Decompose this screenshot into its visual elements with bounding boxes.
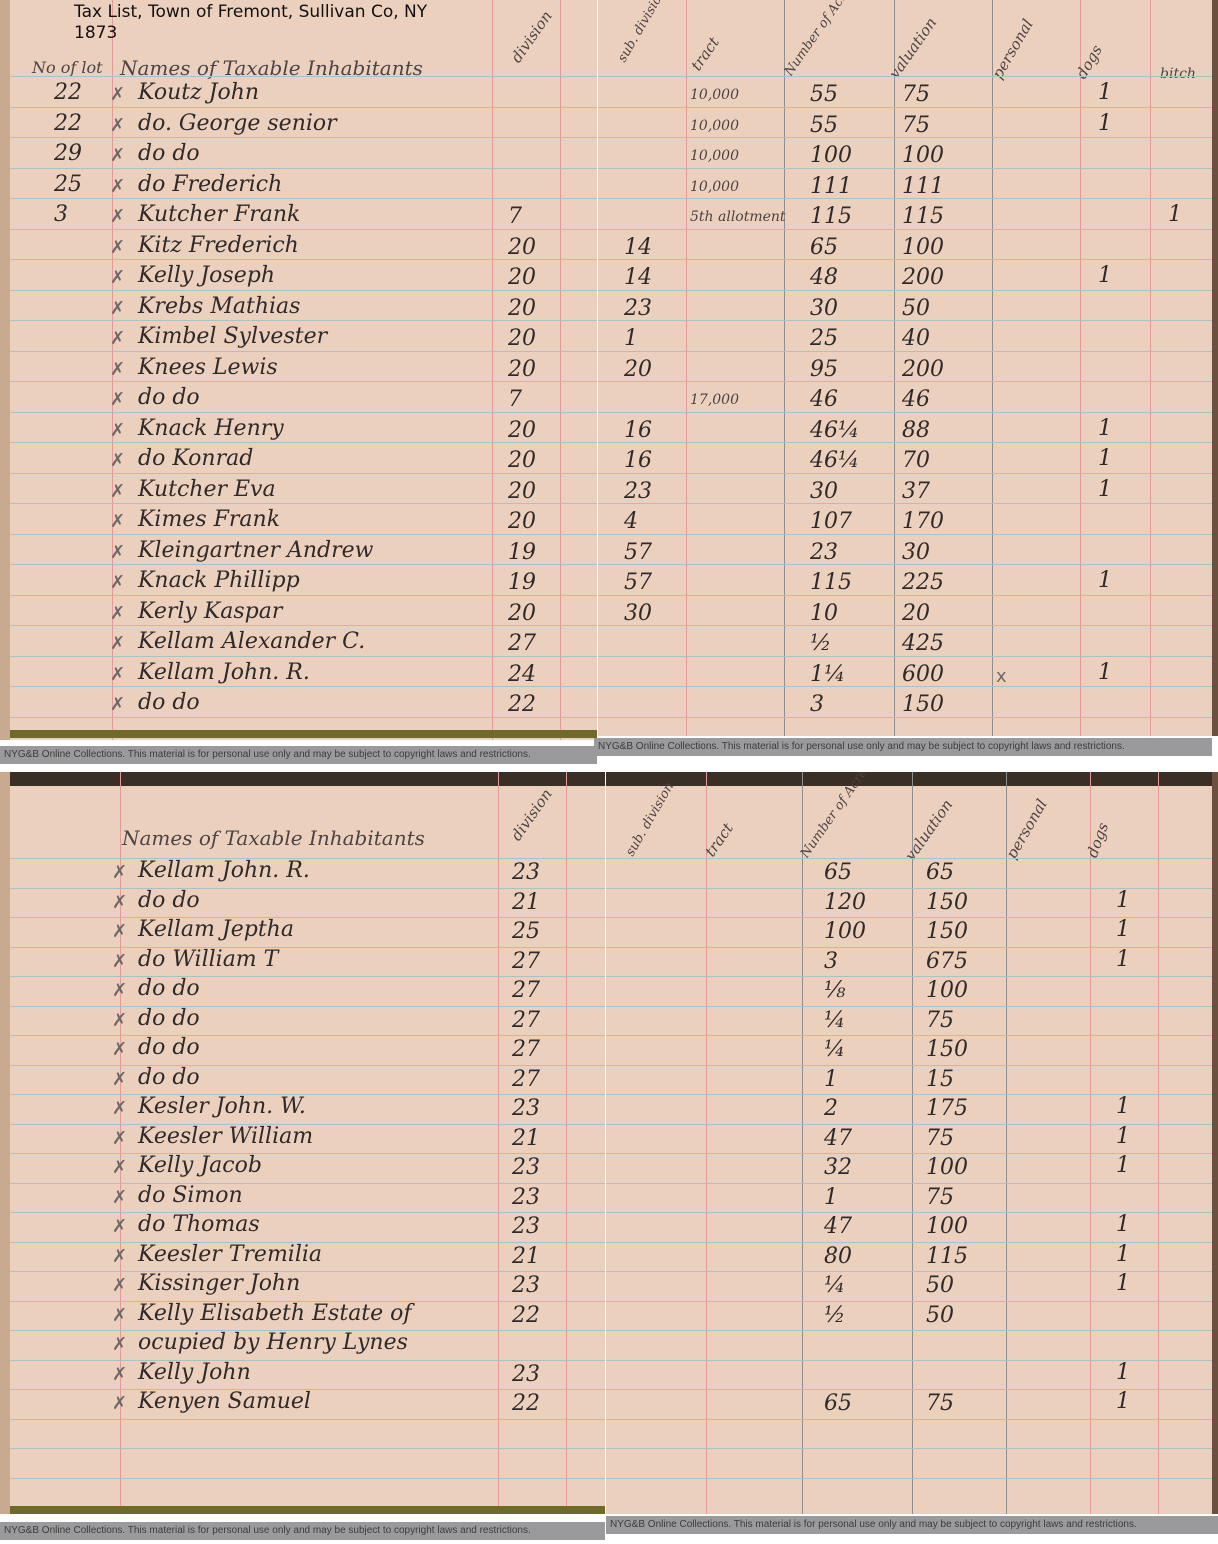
check-mark-icon: ✗ [110, 420, 125, 441]
header-acres: Number of Acres [782, 0, 859, 79]
dogs-value: 1 [1116, 1244, 1130, 1266]
inhabitant-name: Kleingartner Andrew [138, 540, 373, 562]
tract-value: 17,000 [690, 393, 739, 407]
acres-value: 65 [824, 1393, 852, 1415]
acres-value: 1 [824, 1069, 838, 1091]
subdivision-value: 30 [624, 603, 652, 625]
table-row: ✗Kesler John. W.23 [10, 1094, 605, 1123]
valuation-value: 100 [902, 145, 944, 167]
inhabitant-name: do Thomas [138, 1214, 260, 1236]
table-row: 47751 [606, 1124, 1212, 1153]
table-row: 36751 [606, 947, 1212, 976]
acres-value: 55 [810, 84, 838, 106]
check-mark-icon: ✗ [110, 115, 125, 136]
division-value: 7 [508, 389, 522, 411]
inhabitant-name: do do [138, 890, 200, 912]
dogs-value: 1 [1098, 418, 1112, 440]
acres-value: 47 [824, 1128, 852, 1150]
table-row: 10,00055751 [598, 111, 1212, 141]
table-row: 115 [606, 1065, 1212, 1094]
check-mark-icon: ✗ [110, 450, 125, 471]
table-row: ✗Kellam John. R.24 [10, 660, 597, 690]
inhabitant-name: Knack Henry [138, 418, 284, 440]
acres-value: 3 [810, 694, 824, 716]
acres-value: 1¼ [810, 664, 845, 686]
table-row: ✗Kelly Jacob23 [10, 1153, 605, 1182]
table-row: ✗do Konrad20 [10, 446, 597, 476]
header-dogs: dogs [1083, 820, 1112, 860]
table-row: ✗do Thomas23 [10, 1212, 605, 1241]
acres-value: 46¼ [810, 420, 859, 442]
acres-value: 30 [810, 298, 838, 320]
dogs-value: 1 [1098, 82, 1112, 104]
inhabitant-name: Kesler John. W. [138, 1096, 306, 1118]
acres-value: ¼ [824, 1039, 845, 1061]
valuation-value: 46 [902, 389, 930, 411]
check-mark-icon: ✗ [112, 1364, 127, 1385]
inhabitant-name: do do [138, 692, 200, 714]
table-row: 801151 [606, 1242, 1212, 1271]
inhabitant-name: Keesler Tremilia [138, 1244, 322, 1266]
header-division: division [507, 785, 556, 844]
check-mark-icon: ✗ [110, 694, 125, 715]
valuation-value: 75 [926, 1187, 954, 1209]
valuation-value: 50 [926, 1305, 954, 1327]
acres-value: 65 [810, 237, 838, 259]
table-row: 1646¼881 [598, 416, 1212, 446]
dogs-value: 1 [1116, 1391, 1130, 1413]
check-mark-icon: ✗ [112, 921, 127, 942]
acres-value: 111 [810, 176, 852, 198]
inhabitant-name: do do [138, 387, 200, 409]
dogs-value: 1 [1116, 919, 1130, 941]
acres-value: 47 [824, 1216, 852, 1238]
table-row: ✗Keesler Tremilia21 [10, 1242, 605, 1271]
bitch-value: 1 [1168, 204, 1182, 226]
title-line-1: Tax List, Town of Fremont, Sullivan Co, … [74, 2, 427, 23]
valuation-value: 200 [902, 359, 944, 381]
dogs-value: 1 [1098, 570, 1112, 592]
acres-value: ½ [824, 1305, 845, 1327]
division-value: 23 [512, 1157, 540, 1179]
valuation-value: 75 [902, 115, 930, 137]
table-row: 10,000100100 [598, 141, 1212, 171]
check-mark-icon: ✗ [110, 84, 125, 105]
inhabitant-name: Kutcher Frank [138, 204, 300, 226]
inhabitant-name: Kenyen Samuel [138, 1391, 311, 1413]
inhabitant-name: Kerly Kaspar [138, 601, 282, 623]
dogs-value: 1 [1116, 1214, 1130, 1236]
check-mark-icon: ✗ [110, 359, 125, 380]
subdivision-value: 16 [624, 450, 652, 472]
page-bottom-left: Names of Taxable Inhabitants division ✗K… [0, 772, 605, 1514]
inhabitant-name: Kutcher Eva [138, 479, 276, 501]
tract-value: 5th allotment [690, 210, 786, 224]
acres-value: 2 [824, 1098, 838, 1120]
division-value: 19 [508, 542, 536, 564]
table-row: 233050 [598, 294, 1212, 324]
acres-value: 80 [824, 1246, 852, 1268]
tract-value: 10,000 [690, 119, 739, 133]
dogs-value: 1 [1116, 1362, 1130, 1384]
acres-value: 115 [810, 572, 852, 594]
acres-value: 120 [824, 892, 866, 914]
table-row: 2330371 [598, 477, 1212, 507]
acres-value: 30 [810, 481, 838, 503]
check-mark-icon: ✗ [110, 237, 125, 258]
division-value: 19 [508, 572, 536, 594]
division-value: 21 [512, 1128, 540, 1150]
check-mark-icon: ✗ [110, 267, 125, 288]
table-row: ✗do do27 [10, 1006, 605, 1035]
table-row: ✗Kellam John. R.23 [10, 858, 605, 887]
table-row: ✗Kellam Alexander C.27 [10, 629, 597, 659]
valuation-value: 150 [926, 921, 968, 943]
check-mark-icon: ✗ [110, 481, 125, 502]
acres-value: 25 [810, 328, 838, 350]
dogs-value: 1 [1116, 1096, 1130, 1118]
inhabitant-name: do Konrad [138, 448, 253, 470]
division-value: 20 [508, 328, 536, 350]
title-line-2: 1873 [74, 23, 427, 44]
table-row: ✗Kitz Frederich20 [10, 233, 597, 263]
table-row: ✗Kelly Elisabeth Estate of22 [10, 1301, 605, 1330]
acres-value: 100 [824, 921, 866, 943]
valuation-value: 150 [926, 892, 968, 914]
lot-number: 3 [54, 204, 68, 226]
acres-value: ½ [810, 633, 831, 655]
division-value: 27 [512, 980, 540, 1002]
watermark-bottom-left: NYG&B Online Collections. This material … [0, 1522, 605, 1540]
table-row: 471001 [606, 1212, 1212, 1241]
acres-value: 3 [824, 951, 838, 973]
valuation-value: 100 [926, 980, 968, 1002]
subdivision-value: 23 [624, 298, 652, 320]
header-division: division [507, 7, 556, 66]
subdivision-value: 14 [624, 237, 652, 259]
check-mark-icon: ✗ [110, 633, 125, 654]
inhabitant-name: Keesler William [138, 1126, 313, 1148]
table-row: ✗do Simon23 [10, 1183, 605, 1212]
inhabitant-name: Krebs Mathias [138, 296, 300, 318]
check-mark-icon: ✗ [110, 572, 125, 593]
acres-value: 46¼ [810, 450, 859, 472]
table-row: ¼150 [606, 1035, 1212, 1064]
table-row: 175 [606, 1183, 1212, 1212]
table-row: ✗Knack Henry20 [10, 416, 597, 446]
lot-number: 29 [54, 143, 82, 165]
table-row: ✗do do21 [10, 888, 605, 917]
table-row: ✗do do27 [10, 1035, 605, 1064]
valuation-value: 115 [926, 1246, 968, 1268]
table-row: ✗Kleingartner Andrew19 [10, 538, 597, 568]
personal-mark: x [996, 666, 1007, 687]
division-value: 20 [508, 511, 536, 533]
division-value: 20 [508, 267, 536, 289]
table-row: ✗do do27 [10, 1065, 605, 1094]
table-row: ✗do do22 [10, 690, 597, 720]
table-row: 29✗do do [10, 141, 597, 171]
inhabitant-name: Knees Lewis [138, 357, 278, 379]
subdivision-value: 57 [624, 542, 652, 564]
table-row: ✗Kutcher Eva20 [10, 477, 597, 507]
valuation-value: 100 [926, 1157, 968, 1179]
acres-value: 32 [824, 1157, 852, 1179]
acres-value: 65 [824, 862, 852, 884]
valuation-value: 37 [902, 481, 930, 503]
valuation-value: 425 [902, 633, 944, 655]
division-value: 20 [508, 359, 536, 381]
division-value: 20 [508, 420, 536, 442]
check-mark-icon: ✗ [112, 1275, 127, 1296]
watermark-top-left: NYG&B Online Collections. This material … [0, 746, 597, 764]
acres-value: 46 [810, 389, 838, 411]
acres-value: 107 [810, 511, 852, 533]
valuation-value: 600 [902, 664, 944, 686]
table-row: ✗Kissinger John23 [10, 1271, 605, 1300]
inhabitant-name: ocupied by Henry Lynes [138, 1332, 408, 1354]
table-row: ✗Knees Lewis20 [10, 355, 597, 385]
division-value: 23 [512, 1098, 540, 1120]
table-row: ✗do do27 [10, 976, 605, 1005]
inhabitant-name: Kellam Alexander C. [138, 631, 365, 653]
table-row: ✗do do7 [10, 385, 597, 415]
inhabitant-name: Kimes Frank [138, 509, 280, 531]
table-row: ✗Keesler William21 [10, 1124, 605, 1153]
table-row: 10,000111111 [598, 172, 1212, 202]
table-row: ¼75 [606, 1006, 1212, 1035]
check-mark-icon: ✗ [112, 1216, 127, 1237]
table-row: 1¼600x1 [598, 660, 1212, 690]
header-lot: No of lot [32, 58, 103, 77]
valuation-value: 30 [902, 542, 930, 564]
header-subdivision: sub. division [615, 0, 669, 65]
table-row: 1201501 [606, 888, 1212, 917]
valuation-value: 20 [902, 603, 930, 625]
valuation-value: 88 [902, 420, 930, 442]
valuation-value: 170 [902, 511, 944, 533]
check-mark-icon: ✗ [112, 1128, 127, 1149]
acres-value: 48 [810, 267, 838, 289]
table-row: 3✗Kutcher Frank7 [10, 202, 597, 232]
inhabitant-name: do do [138, 978, 200, 1000]
check-mark-icon: ✗ [110, 328, 125, 349]
document-title: Tax List, Town of Fremont, Sullivan Co, … [74, 2, 427, 44]
division-value: 20 [508, 237, 536, 259]
subdivision-value: 20 [624, 359, 652, 381]
inhabitant-name: do do [138, 1037, 200, 1059]
valuation-value: 15 [926, 1069, 954, 1091]
table-row: ✗Knack Phillipp19 [10, 568, 597, 598]
division-value: 20 [508, 481, 536, 503]
acres-value: ⅛ [824, 980, 845, 1002]
table-row: ✗Krebs Mathias20 [10, 294, 597, 324]
subdivision-value: 57 [624, 572, 652, 594]
acres-value: ¼ [824, 1275, 845, 1297]
check-mark-icon: ✗ [110, 176, 125, 197]
check-mark-icon: ✗ [112, 1334, 127, 1355]
acres-value: 10 [810, 603, 838, 625]
division-value: 22 [508, 694, 536, 716]
inhabitant-name: do do [138, 143, 200, 165]
dogs-value: 1 [1098, 113, 1112, 135]
check-mark-icon: ✗ [110, 603, 125, 624]
table-row: ✗Kimbel Sylvester20 [10, 324, 597, 354]
division-value: 27 [512, 1039, 540, 1061]
division-value: 23 [512, 1187, 540, 1209]
check-mark-icon: ✗ [110, 511, 125, 532]
inhabitant-name: do Simon [138, 1185, 243, 1207]
header-personal: personal [1002, 796, 1050, 862]
table-row: ✗Kerly Kaspar20 [10, 599, 597, 629]
check-mark-icon: ✗ [110, 664, 125, 685]
check-mark-icon: ✗ [112, 1010, 127, 1031]
check-mark-icon: ✗ [112, 862, 127, 883]
table-row: 6565 [606, 858, 1212, 887]
valuation-value: 100 [926, 1216, 968, 1238]
division-value: 7 [508, 206, 522, 228]
division-value: 25 [512, 921, 540, 943]
header-personal: personal [988, 16, 1036, 82]
valuation-value: 65 [926, 862, 954, 884]
check-mark-icon: ✗ [110, 389, 125, 410]
table-row: 22✗Koutz John [10, 80, 597, 110]
header-names: Names of Taxable Inhabitants [122, 826, 425, 850]
valuation-value: 225 [902, 572, 944, 594]
table-row: ¼501 [606, 1271, 1212, 1300]
valuation-value: 200 [902, 267, 944, 289]
check-mark-icon: ✗ [112, 1069, 127, 1090]
acres-value: 100 [810, 145, 852, 167]
dogs-value: 1 [1098, 265, 1112, 287]
valuation-value: 115 [902, 206, 944, 228]
subdivision-value: 14 [624, 267, 652, 289]
table-row: 4107170 [598, 507, 1212, 537]
table-row: 12540 [598, 324, 1212, 354]
check-mark-icon: ✗ [112, 1393, 127, 1414]
table-row: 5th allotment1151151 [598, 202, 1212, 232]
lot-number: 22 [54, 82, 82, 104]
tract-value: 10,000 [690, 149, 739, 163]
table-row: 3150 [598, 690, 1212, 720]
dogs-value: 1 [1116, 1273, 1130, 1295]
inhabitant-name: Kitz Frederich [138, 235, 299, 257]
inhabitant-name: Kelly Jacob [138, 1155, 262, 1177]
table-row: ✗Kenyen Samuel22 [10, 1389, 605, 1418]
table-row: 14482001 [598, 263, 1212, 293]
table-row: 1465100 [598, 233, 1212, 263]
page-top-left: No of lot Names of Taxable Inhabitants d… [0, 0, 597, 740]
page-bottom-right: sub. division tract Number of Acres valu… [606, 772, 1218, 1514]
inhabitant-name: Kelly Elisabeth Estate of [138, 1303, 412, 1325]
dogs-value: 1 [1116, 949, 1130, 971]
subdivision-value: 23 [624, 481, 652, 503]
division-value: 23 [512, 1275, 540, 1297]
valuation-value: 75 [902, 84, 930, 106]
inhabitant-name: Kellam Jeptha [138, 919, 294, 941]
valuation-value: 75 [926, 1393, 954, 1415]
division-value: 27 [512, 1069, 540, 1091]
inhabitant-name: do Frederich [138, 174, 282, 196]
check-mark-icon: ✗ [112, 1305, 127, 1326]
check-mark-icon: ✗ [112, 951, 127, 972]
table-row: 65751 [606, 1389, 1212, 1418]
valuation-value: 150 [902, 694, 944, 716]
dogs-value: 1 [1116, 890, 1130, 912]
table-row: 301020 [598, 599, 1212, 629]
header-valuation: valuation [901, 796, 956, 864]
dogs-value: 1 [1098, 662, 1112, 684]
inhabitant-name: Kissinger John [138, 1273, 300, 1295]
inhabitant-name: Kelly John [138, 1362, 251, 1384]
table-row: 10,00055751 [598, 80, 1212, 110]
inhabitant-name: do. George senior [138, 113, 337, 135]
dogs-value: 1 [1098, 448, 1112, 470]
page-top-right: sub. division tract Number of Acres valu… [598, 0, 1218, 736]
valuation-value: 111 [902, 176, 944, 198]
acres-value: 95 [810, 359, 838, 381]
table-row: 22✗do. George senior [10, 111, 597, 141]
inhabitant-name: Kimbel Sylvester [138, 326, 327, 348]
lot-number: 22 [54, 113, 82, 135]
table-row: 1646¼701 [598, 446, 1212, 476]
division-value: 27 [512, 1010, 540, 1032]
inhabitant-name: do do [138, 1067, 200, 1089]
table-row [606, 1330, 1212, 1359]
division-value: 20 [508, 603, 536, 625]
table-row: ⅛100 [606, 976, 1212, 1005]
table-row: ✗Kelly John23 [10, 1360, 605, 1389]
table-row: ✗Kellam Jeptha25 [10, 917, 605, 946]
table-row: 17,0004646 [598, 385, 1212, 415]
header-tract: tract [687, 34, 723, 74]
inhabitant-name: Kelly Joseph [138, 265, 275, 287]
division-value: 27 [512, 951, 540, 973]
tract-value: 10,000 [690, 180, 739, 194]
acres-value: 115 [810, 206, 852, 228]
acres-value: ¼ [824, 1010, 845, 1032]
check-mark-icon: ✗ [112, 1157, 127, 1178]
division-value: 23 [512, 862, 540, 884]
watermark-bottom-right: NYG&B Online Collections. This material … [606, 1516, 1218, 1534]
inhabitant-name: Kellam John. R. [138, 860, 310, 882]
valuation-value: 75 [926, 1010, 954, 1032]
dogs-value: 1 [1116, 1155, 1130, 1177]
division-value: 24 [508, 664, 536, 686]
valuation-value: 50 [926, 1275, 954, 1297]
subdivision-value: 16 [624, 420, 652, 442]
valuation-value: 100 [902, 237, 944, 259]
inhabitant-name: do William T [138, 949, 278, 971]
division-value: 22 [512, 1393, 540, 1415]
table-row: 571152251 [598, 568, 1212, 598]
division-value: 23 [512, 1364, 540, 1386]
check-mark-icon: ✗ [112, 980, 127, 1001]
valuation-value: 150 [926, 1039, 968, 1061]
dogs-value: 1 [1098, 479, 1112, 501]
table-row: 25✗do Frederich [10, 172, 597, 202]
table-row: ½50 [606, 1301, 1212, 1330]
valuation-value: 40 [902, 328, 930, 350]
valuation-value: 50 [902, 298, 930, 320]
division-value: 21 [512, 892, 540, 914]
table-row: 321001 [606, 1153, 1212, 1182]
watermark-top-right: NYG&B Online Collections. This material … [594, 738, 1212, 756]
table-row: ✗do William T27 [10, 947, 605, 976]
division-value: 22 [512, 1305, 540, 1327]
check-mark-icon: ✗ [112, 1098, 127, 1119]
division-value: 21 [512, 1246, 540, 1268]
